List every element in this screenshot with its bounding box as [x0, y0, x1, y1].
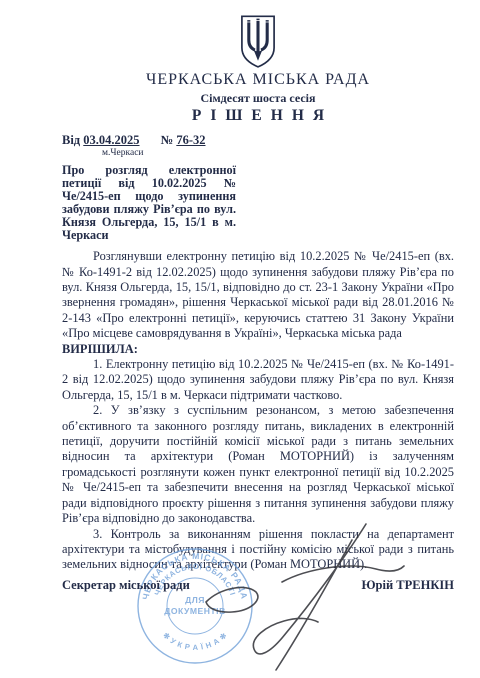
resolution-item-2: 2. У зв’язку з суспільним резонансом, з …: [62, 403, 454, 526]
date-label: Від: [62, 133, 80, 147]
number-label: №: [161, 133, 174, 147]
preamble-paragraph: Розглянувши електронну петицію від 10.2.…: [62, 249, 454, 341]
document-content: ЧЕРКАСЬКА МІСЬКА РАДА Сімдесят шоста сес…: [62, 0, 454, 573]
session-title: Сімдесят шоста сесія: [62, 91, 454, 106]
resolution-item-1: 1. Електронну петицію від 10.2.2025 № Че…: [62, 357, 454, 403]
document-page: ЧЕРКАСЬКА МІСЬКА РАДА Сімдесят шоста сес…: [0, 0, 480, 678]
number-value: 76-32: [176, 133, 205, 147]
resolved-label: ВИРІШИЛА:: [62, 342, 454, 357]
date-value: 03.04.2025: [83, 133, 139, 147]
document-type-title: РІШЕННЯ: [62, 107, 454, 125]
city-label: м.Черкаси: [102, 148, 454, 158]
trident-emblem-icon: [235, 14, 281, 69]
org-name: ЧЕРКАСЬКА МІСЬКА РАДА: [62, 71, 454, 89]
date-number-line: Від 03.04.2025 № 76-32: [62, 133, 454, 148]
handwritten-signature: [170, 518, 410, 676]
subject-block: Про розгляд електронної петиції від 10.0…: [62, 164, 236, 242]
